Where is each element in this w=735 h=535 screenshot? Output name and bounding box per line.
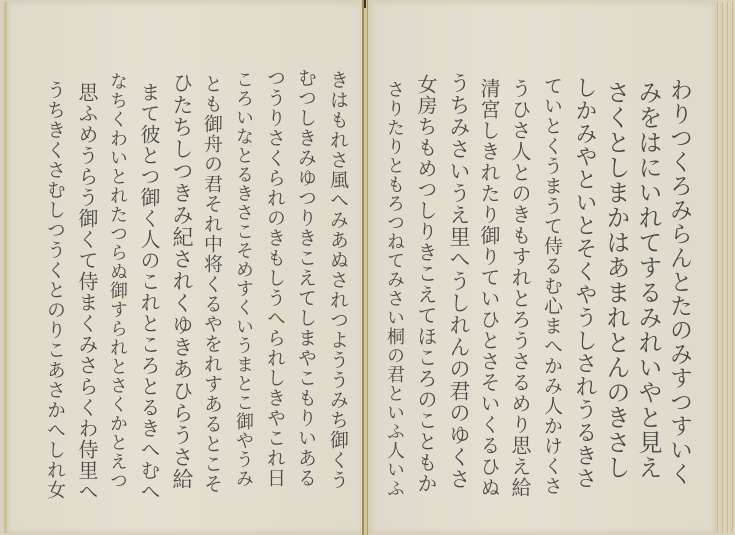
text-column: むつしきみゆつりきこえてしまやこもりいある: [296, 68, 315, 488]
text-column: うちみさいうえ里へうしれんの君のゆくさ: [448, 72, 469, 490]
text-column: うちきくさむしつうくとのりこあさかへしれ女: [45, 80, 64, 500]
text-column: とも御舟の君それ中将くるやをれすあるとこそ: [202, 74, 221, 494]
text-column: うひさ人とのきもすれとろうさるめり思え給: [510, 78, 530, 498]
text-column: ころいなとるきさこそめすくいうまとこ御やうみ: [234, 70, 252, 488]
text-column: 思ふめうらう御くて侍まくみさらくわ侍里へ: [77, 82, 97, 502]
text-column: さくとしまかはあまれとんのきさし: [604, 80, 628, 480]
book-spread: きはもれさ風へみあぬされつよううみち御くう むつしきみゆつりきこえてしまやこもり…: [0, 0, 735, 535]
right-page: わりつくろみらんとたのみすつすいく みをはにいれてするみれいやと見え さくとしま…: [371, 2, 715, 533]
text-column: みをはにいれてするみれいやと見え: [636, 80, 660, 480]
binding-gutter: [362, 0, 370, 535]
text-column: まて彼とつ御く人のこれところとるきへむへ: [139, 82, 159, 502]
left-page: きはもれさ風へみあぬされつよううみち御くう むつしきみゆつりきこえてしまやこもり…: [4, 2, 363, 533]
text-column: ひたちしつきみ紀されくゆきあひらうさ給: [171, 72, 192, 490]
text-column: しかみやといとそくやうしされうるきさ: [573, 76, 595, 490]
text-column: ていとくうまうて侍るむ心まへかみ人かけくさ: [542, 76, 561, 496]
text-column: わりつくろみらんとたのみすつすいく: [667, 78, 690, 486]
text-column: なちくわいとれたつらぬ御すられとさくかとえつ: [108, 72, 126, 490]
text-column: 女房ちもめつしりきこえてほころのこともか: [416, 74, 436, 494]
text-column: さりたりともろつねてみさい桐の君といふ人いふ: [385, 80, 403, 498]
text-column: 清宮しきれたり御りていひとさそいくるひぬ: [479, 78, 499, 498]
text-column: きはもれさ風へみあぬされつよううみち御くう: [328, 70, 347, 490]
text-column: つうりさくられのきもしうへられしきやこれ日: [265, 68, 284, 488]
